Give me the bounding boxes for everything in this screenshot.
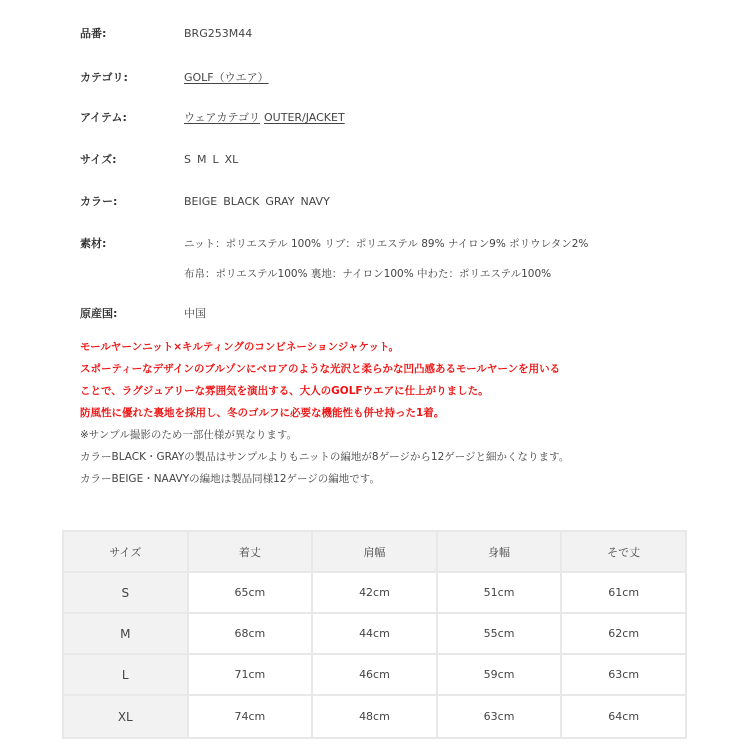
- description-highlight-line: ことで、ラグジュアリーな雰囲気を演出する、大人のGOLFウエアに仕上がりました。: [80, 384, 700, 406]
- table-row: S 65cm 42cm 51cm 61cm: [63, 572, 686, 613]
- table-row: L 71cm 46cm 59cm 63cm: [63, 654, 686, 695]
- cell-sleeve-length: 62cm: [561, 613, 686, 654]
- row-size: XL: [63, 695, 188, 738]
- product-number-value: BRG253M44: [184, 27, 252, 41]
- color-value: NAVY: [301, 195, 330, 208]
- color-value: BLACK: [223, 195, 259, 208]
- cell-sleeve-length: 64cm: [561, 695, 686, 738]
- color-value: GRAY: [265, 195, 294, 208]
- size-value: XL: [225, 153, 239, 166]
- size-value: L: [212, 153, 218, 166]
- table-row: XL 74cm 48cm 63cm 64cm: [63, 695, 686, 738]
- cell-shoulder-width: 42cm: [312, 572, 437, 613]
- color-value: BEIGE: [184, 195, 217, 208]
- item-value: ウェアカテゴリOUTER/JACKET: [184, 111, 345, 125]
- cell-shoulder-width: 48cm: [312, 695, 437, 738]
- size-value: S: [184, 153, 191, 166]
- header-shoulder-width: 肩幅: [312, 531, 437, 572]
- cell-shoulder-width: 44cm: [312, 613, 437, 654]
- header-body-width: 身幅: [437, 531, 562, 572]
- cell-body-width: 51cm: [437, 572, 562, 613]
- material-line: ニット：ポリエステル 100% リブ：ポリエステル 89% ナイロン9% ポリウ…: [184, 237, 588, 251]
- description-highlight-line: スポーティーなデザインのブルゾンにベロアのような光沢と柔らかな凹凸感あるモールヤ…: [80, 362, 700, 384]
- spec-label-material: 素材:: [80, 237, 106, 251]
- row-size: S: [63, 572, 188, 613]
- origin-value: 中国: [184, 307, 206, 321]
- header-sleeve-length: そで丈: [561, 531, 686, 572]
- category-value: GOLF（ウエア）: [184, 71, 269, 85]
- header-length: 着丈: [188, 531, 313, 572]
- size-values: SMLXL: [184, 153, 238, 167]
- spec-label-category: カテゴリ:: [80, 71, 128, 85]
- row-size: L: [63, 654, 188, 695]
- item-link-wear-category[interactable]: ウェアカテゴリ: [184, 111, 260, 124]
- description-note-line: カラーBLACK・GRAYの製品はサンプルよりもニットの編地が8ゲージから12ゲ…: [80, 450, 700, 472]
- cell-body-width: 59cm: [437, 654, 562, 695]
- description-note-line: カラーBEIGE・NAAVYの編地は製品同様12ゲージの編地です。: [80, 472, 700, 494]
- spec-label-origin: 原産国:: [80, 307, 117, 321]
- material-line: 布帛：ポリエステル100% 裏地：ナイロン100% 中わた：ポリエステル100%: [184, 267, 588, 281]
- cell-body-width: 55cm: [437, 613, 562, 654]
- header-size: サイズ: [63, 531, 188, 572]
- spec-label-product-number: 品番:: [80, 27, 106, 41]
- spec-label-item: アイテム:: [80, 111, 127, 125]
- color-values: BEIGEBLACKGRAYNAVY: [184, 195, 330, 209]
- description-note-line: ※サンプル撮影のため一部仕様が異なります。: [80, 428, 700, 450]
- size-chart-table: サイズ 着丈 肩幅 身幅 そで丈 S 65cm 42cm 51cm 61cm M…: [62, 530, 687, 739]
- spec-label-color: カラー:: [80, 195, 117, 209]
- cell-length: 74cm: [188, 695, 313, 738]
- category-link-golf-wear[interactable]: GOLF（ウエア）: [184, 71, 269, 84]
- table-header-row: サイズ 着丈 肩幅 身幅 そで丈: [63, 531, 686, 572]
- item-link-outer-jacket[interactable]: OUTER/JACKET: [264, 111, 345, 124]
- table-row: M 68cm 44cm 55cm 62cm: [63, 613, 686, 654]
- product-description: モールヤーンニット×キルティングのコンビネーションジャケット。 スポーティーなデ…: [80, 340, 700, 494]
- spec-label-size: サイズ:: [80, 153, 117, 167]
- description-highlight-line: モールヤーンニット×キルティングのコンビネーションジャケット。: [80, 340, 700, 362]
- cell-sleeve-length: 63cm: [561, 654, 686, 695]
- description-highlight-line: 防風性に優れた裏地を採用し、冬のゴルフに必要な機能性も併せ持った1着。: [80, 406, 700, 428]
- material-values: ニット：ポリエステル 100% リブ：ポリエステル 89% ナイロン9% ポリウ…: [184, 237, 588, 281]
- cell-body-width: 63cm: [437, 695, 562, 738]
- cell-shoulder-width: 46cm: [312, 654, 437, 695]
- size-value: M: [197, 153, 207, 166]
- cell-sleeve-length: 61cm: [561, 572, 686, 613]
- cell-length: 65cm: [188, 572, 313, 613]
- cell-length: 71cm: [188, 654, 313, 695]
- row-size: M: [63, 613, 188, 654]
- cell-length: 68cm: [188, 613, 313, 654]
